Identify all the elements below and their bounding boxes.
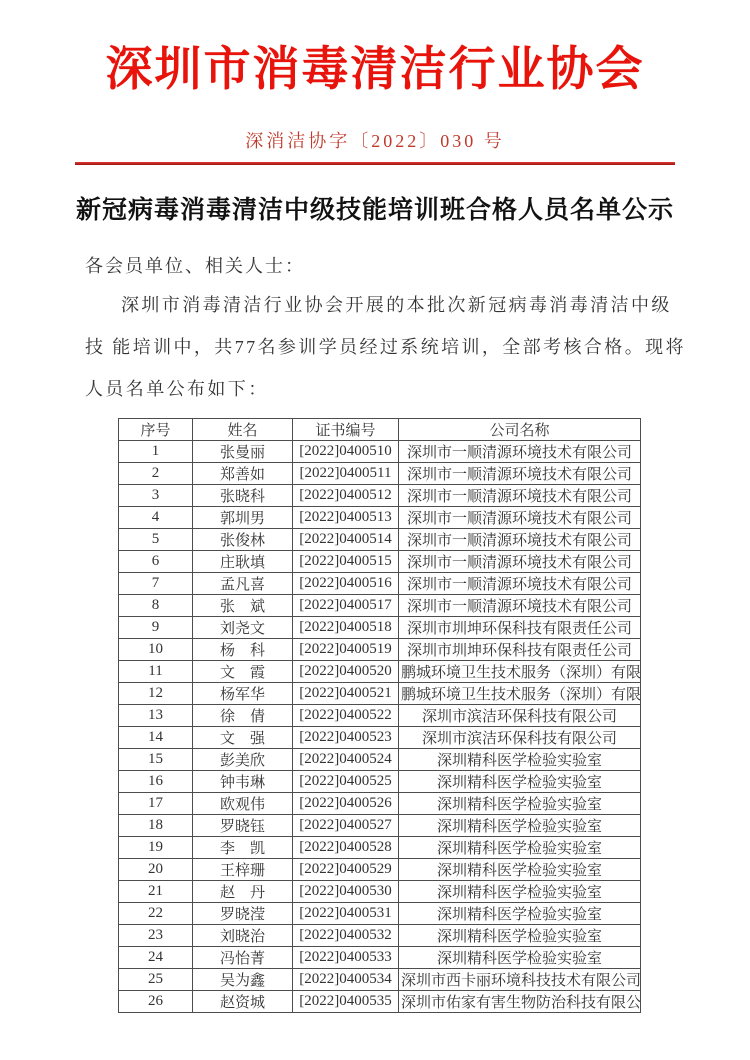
- column-header: 姓名: [193, 419, 293, 441]
- cell-cert-no: [2022]0400535: [293, 991, 399, 1013]
- cell-name: 彭美欣: [193, 749, 293, 771]
- cell-name: 罗晓滢: [193, 903, 293, 925]
- cell-company: 深圳精科医学检验实验室: [399, 925, 641, 947]
- cell-name: 孟凡喜: [193, 573, 293, 595]
- cell-company: 深圳市滨洁环保科技有限公司: [399, 727, 641, 749]
- cell-index: 18: [119, 815, 193, 837]
- table-head: 序号姓名证书编号公司名称: [119, 419, 641, 441]
- cell-company: 深圳市一顺清源环境技术有限公司: [399, 485, 641, 507]
- table-header-row: 序号姓名证书编号公司名称: [119, 419, 641, 441]
- cell-cert-no: [2022]0400534: [293, 969, 399, 991]
- cell-name: 欧观伟: [193, 793, 293, 815]
- cell-cert-no: [2022]0400529: [293, 859, 399, 881]
- cell-company: 深圳精科医学检验实验室: [399, 837, 641, 859]
- cell-name: 刘尧文: [193, 617, 293, 639]
- column-header: 证书编号: [293, 419, 399, 441]
- table-row: 19李 凯[2022]0400528深圳精科医学检验实验室: [119, 837, 641, 859]
- table-row: 14文 强[2022]0400523深圳市滨洁环保科技有限公司: [119, 727, 641, 749]
- cell-cert-no: [2022]0400525: [293, 771, 399, 793]
- cell-index: 26: [119, 991, 193, 1013]
- cell-index: 5: [119, 529, 193, 551]
- cell-name: 杨军华: [193, 683, 293, 705]
- cell-name: 钟韦琳: [193, 771, 293, 793]
- cell-cert-no: [2022]0400510: [293, 441, 399, 463]
- salutation: 各会员单位、相关人士：: [85, 252, 305, 278]
- cell-name: 张俊林: [193, 529, 293, 551]
- document-page: 深圳市消毒清洁行业协会 深消洁协字〔2022〕030 号 新冠病毒消毒清洁中级技…: [0, 0, 750, 1060]
- cell-index: 6: [119, 551, 193, 573]
- cell-cert-no: [2022]0400516: [293, 573, 399, 595]
- cell-company: 深圳精科医学检验实验室: [399, 859, 641, 881]
- cell-company: 深圳精科医学检验实验室: [399, 815, 641, 837]
- cell-index: 21: [119, 881, 193, 903]
- cell-index: 8: [119, 595, 193, 617]
- cell-company: 深圳市圳坤环保科技有限责任公司: [399, 617, 641, 639]
- table-body: 1张曼丽[2022]0400510深圳市一顺清源环境技术有限公司2郑善如[202…: [119, 441, 641, 1013]
- cell-name: 郭圳男: [193, 507, 293, 529]
- cell-cert-no: [2022]0400520: [293, 661, 399, 683]
- cell-name: 文 强: [193, 727, 293, 749]
- table-row: 24冯怡菁[2022]0400533深圳精科医学检验实验室: [119, 947, 641, 969]
- cell-name: 吴为鑫: [193, 969, 293, 991]
- cell-name: 刘晓治: [193, 925, 293, 947]
- cell-company: 深圳精科医学检验实验室: [399, 903, 641, 925]
- cell-cert-no: [2022]0400514: [293, 529, 399, 551]
- table-row: 18罗晓钰[2022]0400527深圳精科医学检验实验室: [119, 815, 641, 837]
- cell-index: 1: [119, 441, 193, 463]
- cell-cert-no: [2022]0400532: [293, 925, 399, 947]
- red-divider: [75, 162, 675, 165]
- column-header: 公司名称: [399, 419, 641, 441]
- column-header: 序号: [119, 419, 193, 441]
- table-row: 21赵 丹[2022]0400530深圳精科医学检验实验室: [119, 881, 641, 903]
- cell-cert-no: [2022]0400522: [293, 705, 399, 727]
- cell-company: 鹏城环境卫生技术服务（深圳）有限公司: [399, 661, 641, 683]
- cell-name: 王梓珊: [193, 859, 293, 881]
- cell-index: 9: [119, 617, 193, 639]
- table-row: 25吴为鑫[2022]0400534深圳市西卡丽环境科技技术有限公司: [119, 969, 641, 991]
- table-row: 17欧观伟[2022]0400526深圳精科医学检验实验室: [119, 793, 641, 815]
- cell-index: 12: [119, 683, 193, 705]
- cell-company: 深圳精科医学检验实验室: [399, 749, 641, 771]
- cell-company: 深圳精科医学检验实验室: [399, 947, 641, 969]
- cell-name: 徐 倩: [193, 705, 293, 727]
- cell-cert-no: [2022]0400513: [293, 507, 399, 529]
- cell-cert-no: [2022]0400517: [293, 595, 399, 617]
- cell-company: 深圳市圳坤环保科技有限责任公司: [399, 639, 641, 661]
- cell-name: 张曼丽: [193, 441, 293, 463]
- cell-name: 张晓科: [193, 485, 293, 507]
- cell-index: 24: [119, 947, 193, 969]
- table-row: 5张俊林[2022]0400514深圳市一顺清源环境技术有限公司: [119, 529, 641, 551]
- cell-cert-no: [2022]0400511: [293, 463, 399, 485]
- cell-company: 鹏城环境卫生技术服务（深圳）有限公司: [399, 683, 641, 705]
- cell-index: 19: [119, 837, 193, 859]
- roster-table: 序号姓名证书编号公司名称 1张曼丽[2022]0400510深圳市一顺清源环境技…: [118, 418, 641, 1013]
- cell-name: 李 凯: [193, 837, 293, 859]
- cell-company: 深圳市佑家有害生物防治科技有限公司: [399, 991, 641, 1013]
- cell-index: 4: [119, 507, 193, 529]
- cell-cert-no: [2022]0400521: [293, 683, 399, 705]
- cell-name: 郑善如: [193, 463, 293, 485]
- cell-company: 深圳精科医学检验实验室: [399, 771, 641, 793]
- table-row: 2郑善如[2022]0400511深圳市一顺清源环境技术有限公司: [119, 463, 641, 485]
- cell-cert-no: [2022]0400524: [293, 749, 399, 771]
- announcement-heading: 新冠病毒消毒清洁中级技能培训班合格人员名单公示: [0, 190, 750, 226]
- cell-name: 庄耿填: [193, 551, 293, 573]
- table-row: 10杨 科[2022]0400519深圳市圳坤环保科技有限责任公司: [119, 639, 641, 661]
- cell-cert-no: [2022]0400526: [293, 793, 399, 815]
- body-line: 技 能培训中，共77名参训学员经过系统培训，全部考核合格。现将: [85, 326, 667, 368]
- body-line: 人员名单公布如下：: [85, 368, 667, 410]
- cell-company: 深圳市一顺清源环境技术有限公司: [399, 507, 641, 529]
- cell-company: 深圳市西卡丽环境科技技术有限公司: [399, 969, 641, 991]
- cell-company: 深圳市一顺清源环境技术有限公司: [399, 441, 641, 463]
- cell-name: 赵 丹: [193, 881, 293, 903]
- cell-company: 深圳市一顺清源环境技术有限公司: [399, 551, 641, 573]
- cell-name: 张 斌: [193, 595, 293, 617]
- table-row: 6庄耿填[2022]0400515深圳市一顺清源环境技术有限公司: [119, 551, 641, 573]
- cell-index: 10: [119, 639, 193, 661]
- cell-company: 深圳精科医学检验实验室: [399, 793, 641, 815]
- cell-index: 20: [119, 859, 193, 881]
- table-row: 11文 霞[2022]0400520鹏城环境卫生技术服务（深圳）有限公司: [119, 661, 641, 683]
- table-row: 8张 斌[2022]0400517深圳市一顺清源环境技术有限公司: [119, 595, 641, 617]
- cell-cert-no: [2022]0400533: [293, 947, 399, 969]
- cell-cert-no: [2022]0400518: [293, 617, 399, 639]
- cell-index: 22: [119, 903, 193, 925]
- cell-index: 25: [119, 969, 193, 991]
- table-row: 20王梓珊[2022]0400529深圳精科医学检验实验室: [119, 859, 641, 881]
- table-row: 23刘晓治[2022]0400532深圳精科医学检验实验室: [119, 925, 641, 947]
- cell-cert-no: [2022]0400530: [293, 881, 399, 903]
- table-row: 9刘尧文[2022]0400518深圳市圳坤环保科技有限责任公司: [119, 617, 641, 639]
- cell-index: 14: [119, 727, 193, 749]
- cell-index: 17: [119, 793, 193, 815]
- table-row: 7孟凡喜[2022]0400516深圳市一顺清源环境技术有限公司: [119, 573, 641, 595]
- cell-name: 冯怡菁: [193, 947, 293, 969]
- cell-company: 深圳市滨洁环保科技有限公司: [399, 705, 641, 727]
- cell-index: 23: [119, 925, 193, 947]
- body-line: 深圳市消毒清洁行业协会开展的本批次新冠病毒消毒清洁中级: [85, 284, 667, 326]
- cell-index: 2: [119, 463, 193, 485]
- cell-index: 16: [119, 771, 193, 793]
- cell-index: 7: [119, 573, 193, 595]
- table-row: 4郭圳男[2022]0400513深圳市一顺清源环境技术有限公司: [119, 507, 641, 529]
- cell-index: 15: [119, 749, 193, 771]
- table-row: 26赵资城[2022]0400535深圳市佑家有害生物防治科技有限公司: [119, 991, 641, 1013]
- cell-cert-no: [2022]0400523: [293, 727, 399, 749]
- cell-index: 13: [119, 705, 193, 727]
- cell-index: 11: [119, 661, 193, 683]
- body-paragraph: 深圳市消毒清洁行业协会开展的本批次新冠病毒消毒清洁中级技 能培训中，共77名参训…: [85, 284, 667, 410]
- cell-company: 深圳市一顺清源环境技术有限公司: [399, 573, 641, 595]
- cell-name: 杨 科: [193, 639, 293, 661]
- org-title: 深圳市消毒清洁行业协会: [0, 32, 750, 99]
- table-row: 1张曼丽[2022]0400510深圳市一顺清源环境技术有限公司: [119, 441, 641, 463]
- table-row: 16钟韦琳[2022]0400525深圳精科医学检验实验室: [119, 771, 641, 793]
- cell-company: 深圳市一顺清源环境技术有限公司: [399, 463, 641, 485]
- cell-cert-no: [2022]0400512: [293, 485, 399, 507]
- table-row: 15彭美欣[2022]0400524深圳精科医学检验实验室: [119, 749, 641, 771]
- cell-name: 罗晓钰: [193, 815, 293, 837]
- cell-name: 赵资城: [193, 991, 293, 1013]
- cell-company: 深圳精科医学检验实验室: [399, 881, 641, 903]
- cell-cert-no: [2022]0400515: [293, 551, 399, 573]
- table-row: 12杨军华[2022]0400521鹏城环境卫生技术服务（深圳）有限公司: [119, 683, 641, 705]
- cell-cert-no: [2022]0400528: [293, 837, 399, 859]
- cell-cert-no: [2022]0400527: [293, 815, 399, 837]
- doc-number: 深消洁协字〔2022〕030 号: [0, 127, 750, 153]
- cell-index: 3: [119, 485, 193, 507]
- cell-company: 深圳市一顺清源环境技术有限公司: [399, 595, 641, 617]
- cell-cert-no: [2022]0400531: [293, 903, 399, 925]
- cell-cert-no: [2022]0400519: [293, 639, 399, 661]
- cell-company: 深圳市一顺清源环境技术有限公司: [399, 529, 641, 551]
- table-row: 3张晓科[2022]0400512深圳市一顺清源环境技术有限公司: [119, 485, 641, 507]
- table-row: 13徐 倩[2022]0400522深圳市滨洁环保科技有限公司: [119, 705, 641, 727]
- cell-name: 文 霞: [193, 661, 293, 683]
- table-row: 22罗晓滢[2022]0400531深圳精科医学检验实验室: [119, 903, 641, 925]
